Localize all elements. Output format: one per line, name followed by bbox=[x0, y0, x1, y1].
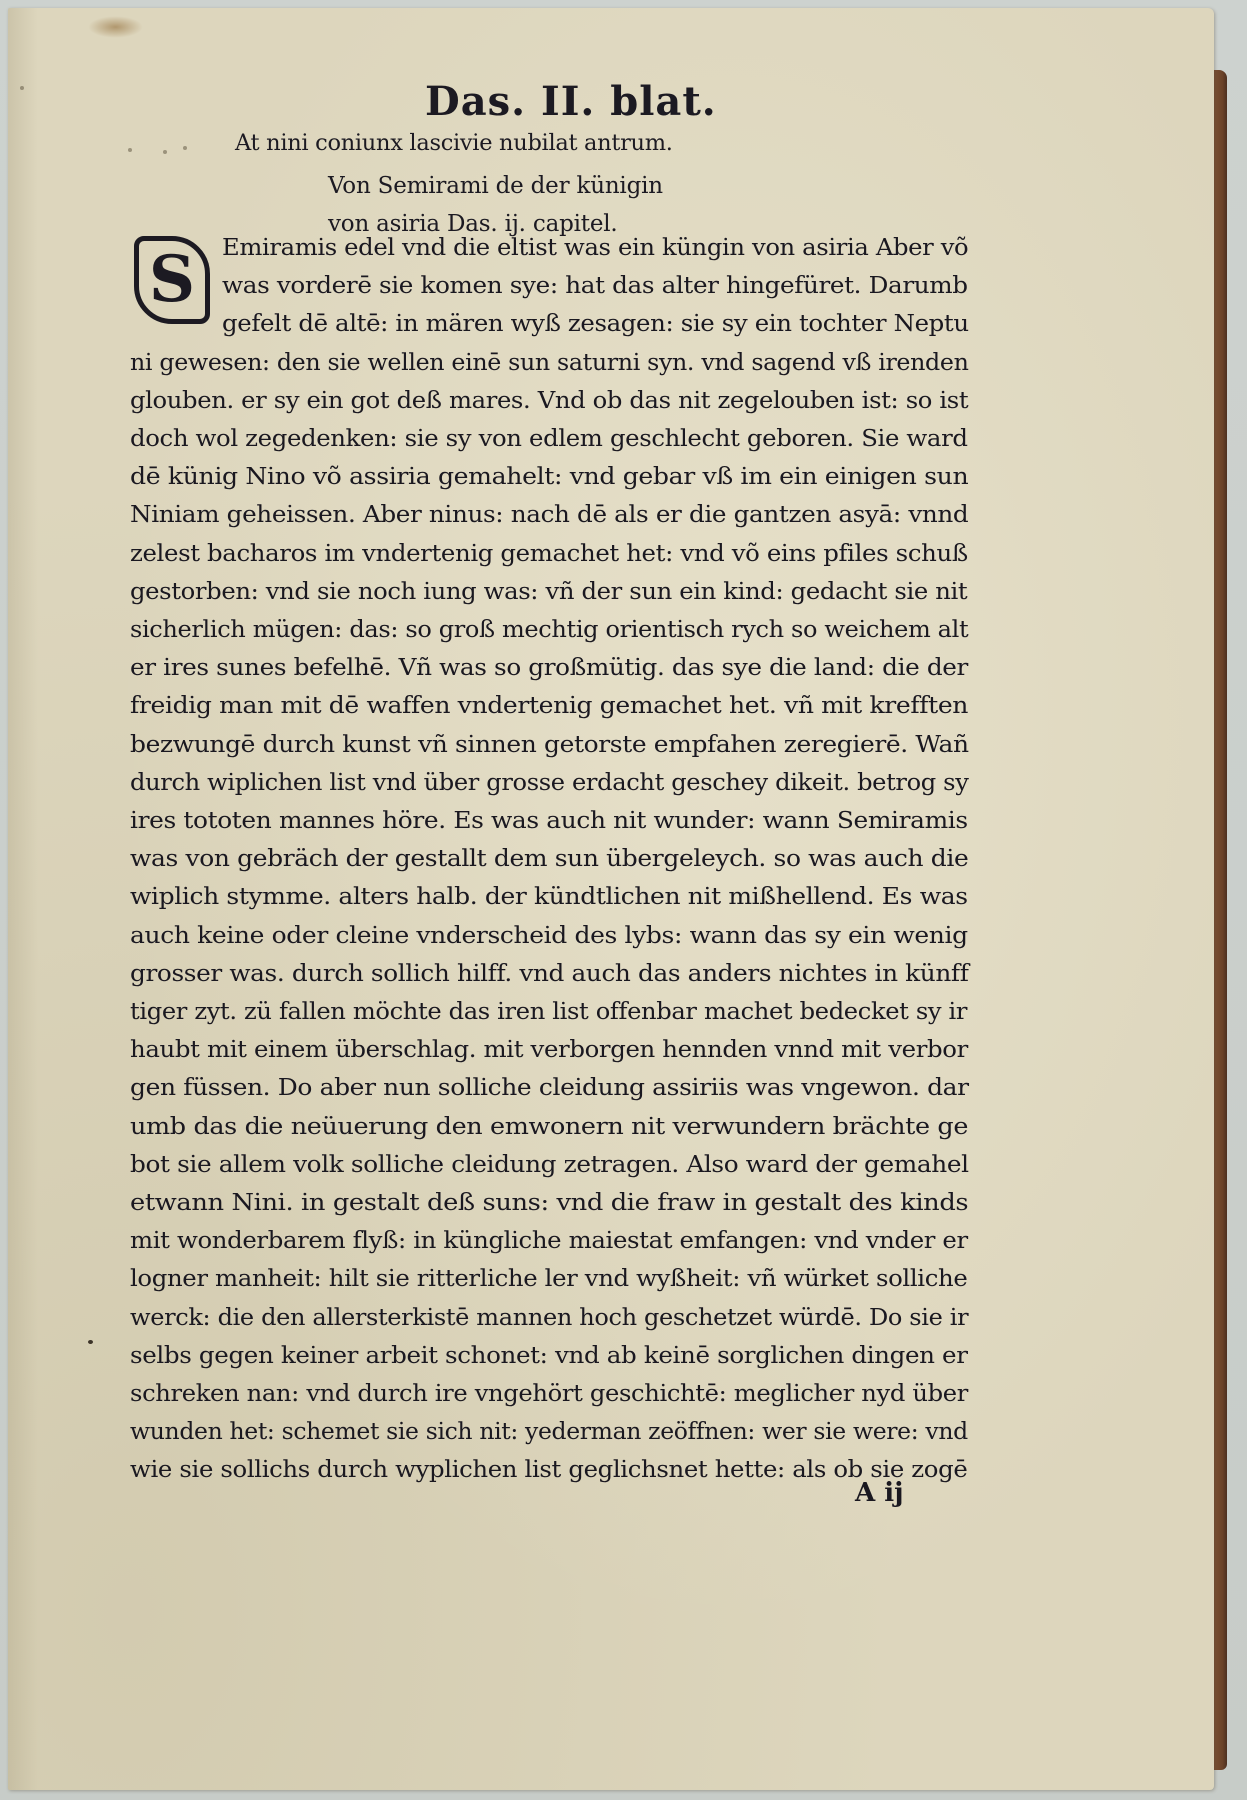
text-line: gefelt dē altē: in mären wyß zesagen: si… bbox=[222, 309, 969, 337]
text-line: durch wiplichen list vnd über grosse erd… bbox=[130, 768, 968, 796]
text-line: auch keine oder cleine vnderscheid des l… bbox=[130, 921, 968, 949]
chapter-heading-line-1: Von Semirami de der künigin bbox=[328, 173, 663, 199]
text-line: gestorben: vnd sie noch iung was: vñ der… bbox=[130, 577, 967, 605]
text-line: freidig man mit dē waffen vndertenig gem… bbox=[130, 691, 968, 719]
text-line: umb das die neüuerung den emwonern nit v… bbox=[130, 1112, 968, 1140]
latin-verse: At nini coniunx lascivie nubilat antrum. bbox=[235, 130, 673, 156]
text-line: er ires sunes befelhē. Vñ was so großmüt… bbox=[130, 653, 968, 681]
text-line: grosser was. durch sollich hilff. vnd au… bbox=[130, 959, 968, 987]
text-line: ni gewesen: den sie wellen einē sun satu… bbox=[130, 348, 969, 376]
folio-title: Das. II. blat. bbox=[425, 78, 717, 125]
text-line: selbs gegen keiner arbeit schonet: vnd a… bbox=[130, 1341, 968, 1369]
text-line: bot sie allem volk solliche cleidung zet… bbox=[130, 1150, 969, 1178]
signature-mark: A ij bbox=[855, 1478, 904, 1508]
text-line: zelest bacharos im vndertenig gemachet h… bbox=[130, 539, 968, 567]
text-line: werck: die den allersterkistē mannen hoc… bbox=[130, 1303, 968, 1331]
text-line: logner manheit: hilt sie ritterliche ler… bbox=[130, 1264, 967, 1292]
margin-mark bbox=[88, 1340, 93, 1344]
text-line: Emiramis edel vnd die eltist was ein kün… bbox=[222, 233, 968, 261]
text-line: doch wol zegedenken: sie sy von edlem ge… bbox=[130, 424, 968, 452]
text-line: gen füssen. Do aber nun solliche cleidun… bbox=[130, 1073, 969, 1101]
text-line: bezwungē durch kunst vñ sinnen getorste … bbox=[130, 730, 969, 758]
text-line: dē künig Nino võ assiria gemahelt: vnd g… bbox=[130, 462, 968, 490]
initial-letter: S bbox=[149, 248, 195, 312]
decorated-initial: S bbox=[134, 236, 210, 324]
text-line: wie sie sollichs durch wyplichen list ge… bbox=[130, 1455, 967, 1483]
text-line: glouben. er sy ein got deß mares. Vnd ob… bbox=[130, 386, 968, 414]
text-line: haubt mit einem überschlag. mit verborge… bbox=[130, 1035, 968, 1063]
paper-speck bbox=[183, 146, 187, 150]
text-line: etwann Nini. in gestalt deß suns: vnd di… bbox=[130, 1188, 968, 1216]
text-line: schreken nan: vnd durch ire vngehört ges… bbox=[130, 1379, 968, 1407]
text-line: was vorderē sie komen sye: hat das alter… bbox=[222, 271, 968, 299]
paper-speck bbox=[163, 150, 167, 154]
text-line: mit wonderbarem flyß: in küngliche maies… bbox=[130, 1226, 968, 1254]
text-line: was von gebräch der gestallt dem sun übe… bbox=[130, 844, 968, 872]
text-line: ires tototen mannes höre. Es was auch ni… bbox=[130, 806, 968, 834]
text-line: wunden het: schemet sie sich nit: yederm… bbox=[130, 1417, 968, 1445]
text-line: Niniam geheissen. Aber ninus: nach dē al… bbox=[130, 500, 968, 528]
paper-speck bbox=[128, 148, 132, 152]
text-line: tiger zyt. zü fallen möchte das iren lis… bbox=[130, 997, 967, 1025]
text-line: sicherlich mügen: das: so groß mechtig o… bbox=[130, 615, 968, 643]
paper-speck bbox=[20, 86, 24, 90]
foxing-stain bbox=[88, 16, 143, 38]
text-line: wiplich stymme. alters halb. der kündtli… bbox=[130, 882, 968, 910]
